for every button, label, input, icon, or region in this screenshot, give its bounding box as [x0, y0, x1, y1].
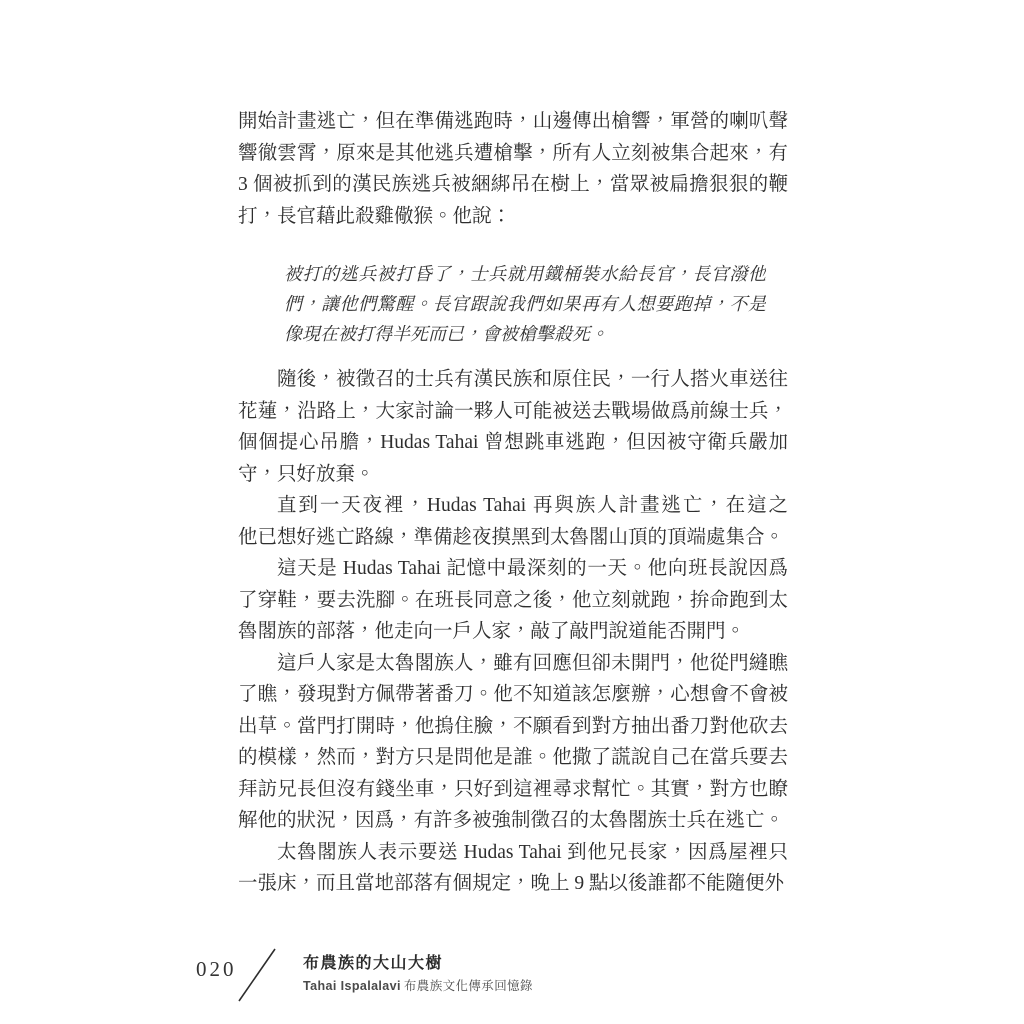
- book-subtitle-cjk: 布農族文化傳承回憶錄: [404, 979, 533, 993]
- text-line: 他已想好逃亡路線，準備趁夜摸黑到太魯閣山頂的頂端處集合。: [238, 522, 788, 554]
- text-line: 們，讓他們驚醒。長官跟說我們如果再有人想要跑掉，不是: [284, 289, 766, 319]
- text-line: 開始計畫逃亡，但在準備逃跑時，山邊傳出槍響，軍營的喇叭聲: [238, 106, 788, 138]
- text-line: 了穿鞋，要去洗腳。在班長同意之後，他立刻就跑，拚命跑到太: [238, 585, 788, 617]
- text-line: 解他的狀況，因爲，有許多被強制徵召的太魯閣族士兵在逃亡。: [238, 805, 788, 837]
- text-line: 打，長官藉此殺雞儆猴。他說：: [238, 201, 788, 233]
- text-line: 像現在被打得半死而已，會被槍擊殺死。: [284, 319, 766, 349]
- text-line: 拜訪兄長但沒有錢坐車，只好到這裡尋求幫忙。其實，對方也瞭: [238, 774, 788, 806]
- text-line: 隨後，被徵召的士兵有漢民族和原住民，一行人搭火車送往: [238, 364, 788, 396]
- book-title: 布農族的大山大樹: [303, 950, 533, 973]
- body-text: 開始計畫逃亡，但在準備逃跑時，山邊傳出槍響，軍營的喇叭聲響徹雲霄，原來是其他逃兵…: [238, 106, 788, 900]
- paragraph: 這天是 Hudas Tahai 記憶中最深刻的一天。他向班長說因爲忘了穿鞋，要去…: [238, 553, 788, 648]
- book-title-block: 布農族的大山大樹 Tahai Ispalalavi布農族文化傳承回憶錄: [303, 950, 533, 994]
- paragraph: 這戶人家是太魯閣族人，雖有回應但卻未開門，他從門縫瞧了瞧，發現對方佩帶著番刀。他…: [238, 648, 788, 837]
- text-line: 太魯閣族人表示要送 Hudas Tahai 到他兄長家，因爲屋裡只有: [238, 837, 788, 869]
- text-line: 出草。當門打開時，他摀住臉，不願看到對方抽出番刀對他砍去: [238, 711, 788, 743]
- text-line: 被打的逃兵被打昏了，士兵就用鐵桶裝水給長官，長官潑他: [284, 259, 766, 289]
- text-line: 守，只好放棄。: [238, 459, 788, 491]
- paragraph: 太魯閣族人表示要送 Hudas Tahai 到他兄長家，因爲屋裡只有一張床，而且…: [238, 837, 788, 900]
- text-line: 一張床，而且當地部落有個規定，晚上 9 點以後誰都不能隨便外: [238, 868, 788, 900]
- paragraph: 開始計畫逃亡，但在準備逃跑時，山邊傳出槍響，軍營的喇叭聲響徹雲霄，原來是其他逃兵…: [238, 106, 788, 232]
- text-line: 的模樣，然而，對方只是問他是誰。他撒了謊說自己在當兵要去: [238, 742, 788, 774]
- text-line: 花蓮，沿路上，大家討論一夥人可能被送去戰場做爲前線士兵，: [238, 396, 788, 428]
- quote-block: 被打的逃兵被打昏了，士兵就用鐵桶裝水給長官，長官潑他們，讓他們驚醒。長官跟說我們…: [284, 259, 766, 349]
- paragraph: 直到一天夜裡，Hudas Tahai 再與族人計畫逃亡，在這之前，他已想好逃亡路…: [238, 490, 788, 553]
- text-line: 魯閣族的部落，他走向一戶人家，敲了敲門說道能否開門。: [238, 616, 788, 648]
- paragraph: 隨後，被徵召的士兵有漢民族和原住民，一行人搭火車送往花蓮，沿路上，大家討論一夥人…: [238, 364, 788, 490]
- page-number: 020: [196, 957, 237, 982]
- book-page: 開始計畫逃亡，但在準備逃跑時，山邊傳出槍響，軍營的喇叭聲響徹雲霄，原來是其他逃兵…: [0, 0, 1024, 1024]
- slash-divider: [232, 944, 282, 1006]
- text-line: 直到一天夜裡，Hudas Tahai 再與族人計畫逃亡，在這之前，: [238, 490, 788, 522]
- text-line: 3 個被抓到的漢民族逃兵被綑綁吊在樹上，當眾被扁擔狠狠的鞭: [238, 169, 788, 201]
- book-subtitle: Tahai Ispalalavi布農族文化傳承回憶錄: [303, 976, 533, 994]
- text-line: 響徹雲霄，原來是其他逃兵遭槍擊，所有人立刻被集合起來，有: [238, 138, 788, 170]
- text-line: 這戶人家是太魯閣族人，雖有回應但卻未開門，他從門縫瞧: [238, 648, 788, 680]
- book-subtitle-latin: Tahai Ispalalavi: [303, 979, 401, 993]
- text-line: 這天是 Hudas Tahai 記憶中最深刻的一天。他向班長說因爲忘: [238, 553, 788, 585]
- text-line: 個個提心吊膽，Hudas Tahai 曾想跳車逃跑，但因被守衛兵嚴加看: [238, 427, 788, 459]
- text-line: 了瞧，發現對方佩帶著番刀。他不知道該怎麼辦，心想會不會被: [238, 679, 788, 711]
